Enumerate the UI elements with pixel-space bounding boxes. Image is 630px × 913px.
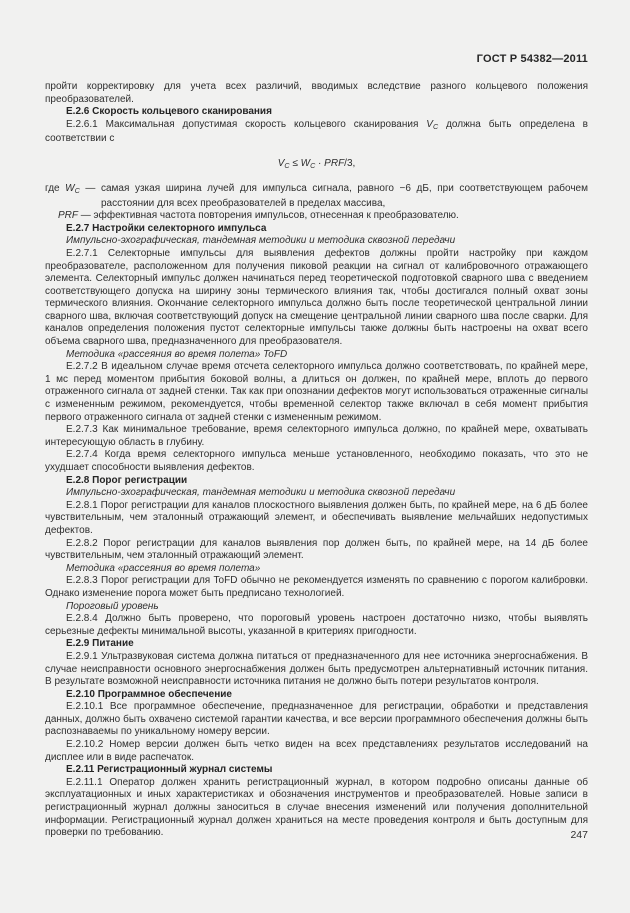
paragraph: Е.2.10.2 Номер версии должен быть четко … [45, 739, 588, 764]
text-run: C [310, 161, 315, 170]
method-subheading: Пороговый уровень [45, 601, 588, 614]
section-heading: Е.2.11 Регистрационный журнал системы [45, 764, 588, 777]
method-subheading: Импульсно-эхографическая, тандемная мето… [45, 235, 588, 248]
paragraph: Е.2.7.2 В идеальном случае время отсчета… [45, 361, 588, 424]
paragraph: Е.2.7.4 Когда время селекторного импульс… [45, 449, 588, 474]
text-run: C [433, 122, 438, 131]
text-run: W [301, 158, 310, 169]
paragraph: Е.2.8.1 Порог регистрации для каналов пл… [45, 500, 588, 538]
method-subheading: Импульсно-эхографическая, тандемная мето… [45, 487, 588, 500]
section-heading: Е.2.9 Питание [45, 638, 588, 651]
paragraph: Е.2.9.1 Ультразвуковая система должна пи… [45, 651, 588, 689]
formula-legend-line: PRF — эффективная частота повторения имп… [45, 210, 588, 223]
formula: VC ≤ WC · PRF/3, [45, 158, 588, 172]
page-number: 247 [45, 829, 588, 841]
paragraph: Е.2.10.1 Все программное обеспечение, пр… [45, 701, 588, 739]
paragraph: Е.2.8.3 Порог регистрации для ToFD обычн… [45, 575, 588, 600]
method-subheading: Методика «рассеяния во время полета» ToF… [45, 349, 588, 362]
paragraph: Е.2.8.2 Порог регистрации для каналов вы… [45, 538, 588, 563]
document-page: ГОСТ Р 54382—2011 пройти корректировку д… [0, 0, 630, 913]
text-run: PRF [324, 158, 344, 169]
text-run: PRF [58, 210, 78, 221]
text-run: C [75, 186, 80, 195]
standard-number-header: ГОСТ Р 54382—2011 [45, 53, 588, 65]
paragraph: Е.2.7.3 Как минимальное требование, врем… [45, 424, 588, 449]
text-run: V [426, 119, 433, 130]
section-heading: Е.2.7 Настройки селекторного импульса [45, 223, 588, 236]
section-heading: Е.2.8 Порог регистрации [45, 475, 588, 488]
document-content: пройти корректировку для учета всех разл… [45, 81, 588, 840]
paragraph: Е.2.6.1 Максимальная допустимая скорость… [45, 119, 588, 146]
section-heading: Е.2.6 Скорость кольцевого сканирования [45, 106, 588, 119]
method-subheading: Методика «рассеяния во время полета» [45, 563, 588, 576]
paragraph: Е.2.7.1 Селекторные импульсы для выявлен… [45, 248, 588, 349]
section-heading: Е.2.10 Программное обеспечение [45, 689, 588, 702]
paragraph: Е.2.8.4 Должно быть проверено, что порог… [45, 613, 588, 638]
paragraph: пройти корректировку для учета всех разл… [45, 81, 588, 106]
text-run: W [65, 183, 74, 194]
formula-legend-line: где WC — самая узкая ширина лучей для им… [45, 183, 588, 210]
text-run: C [284, 161, 289, 170]
